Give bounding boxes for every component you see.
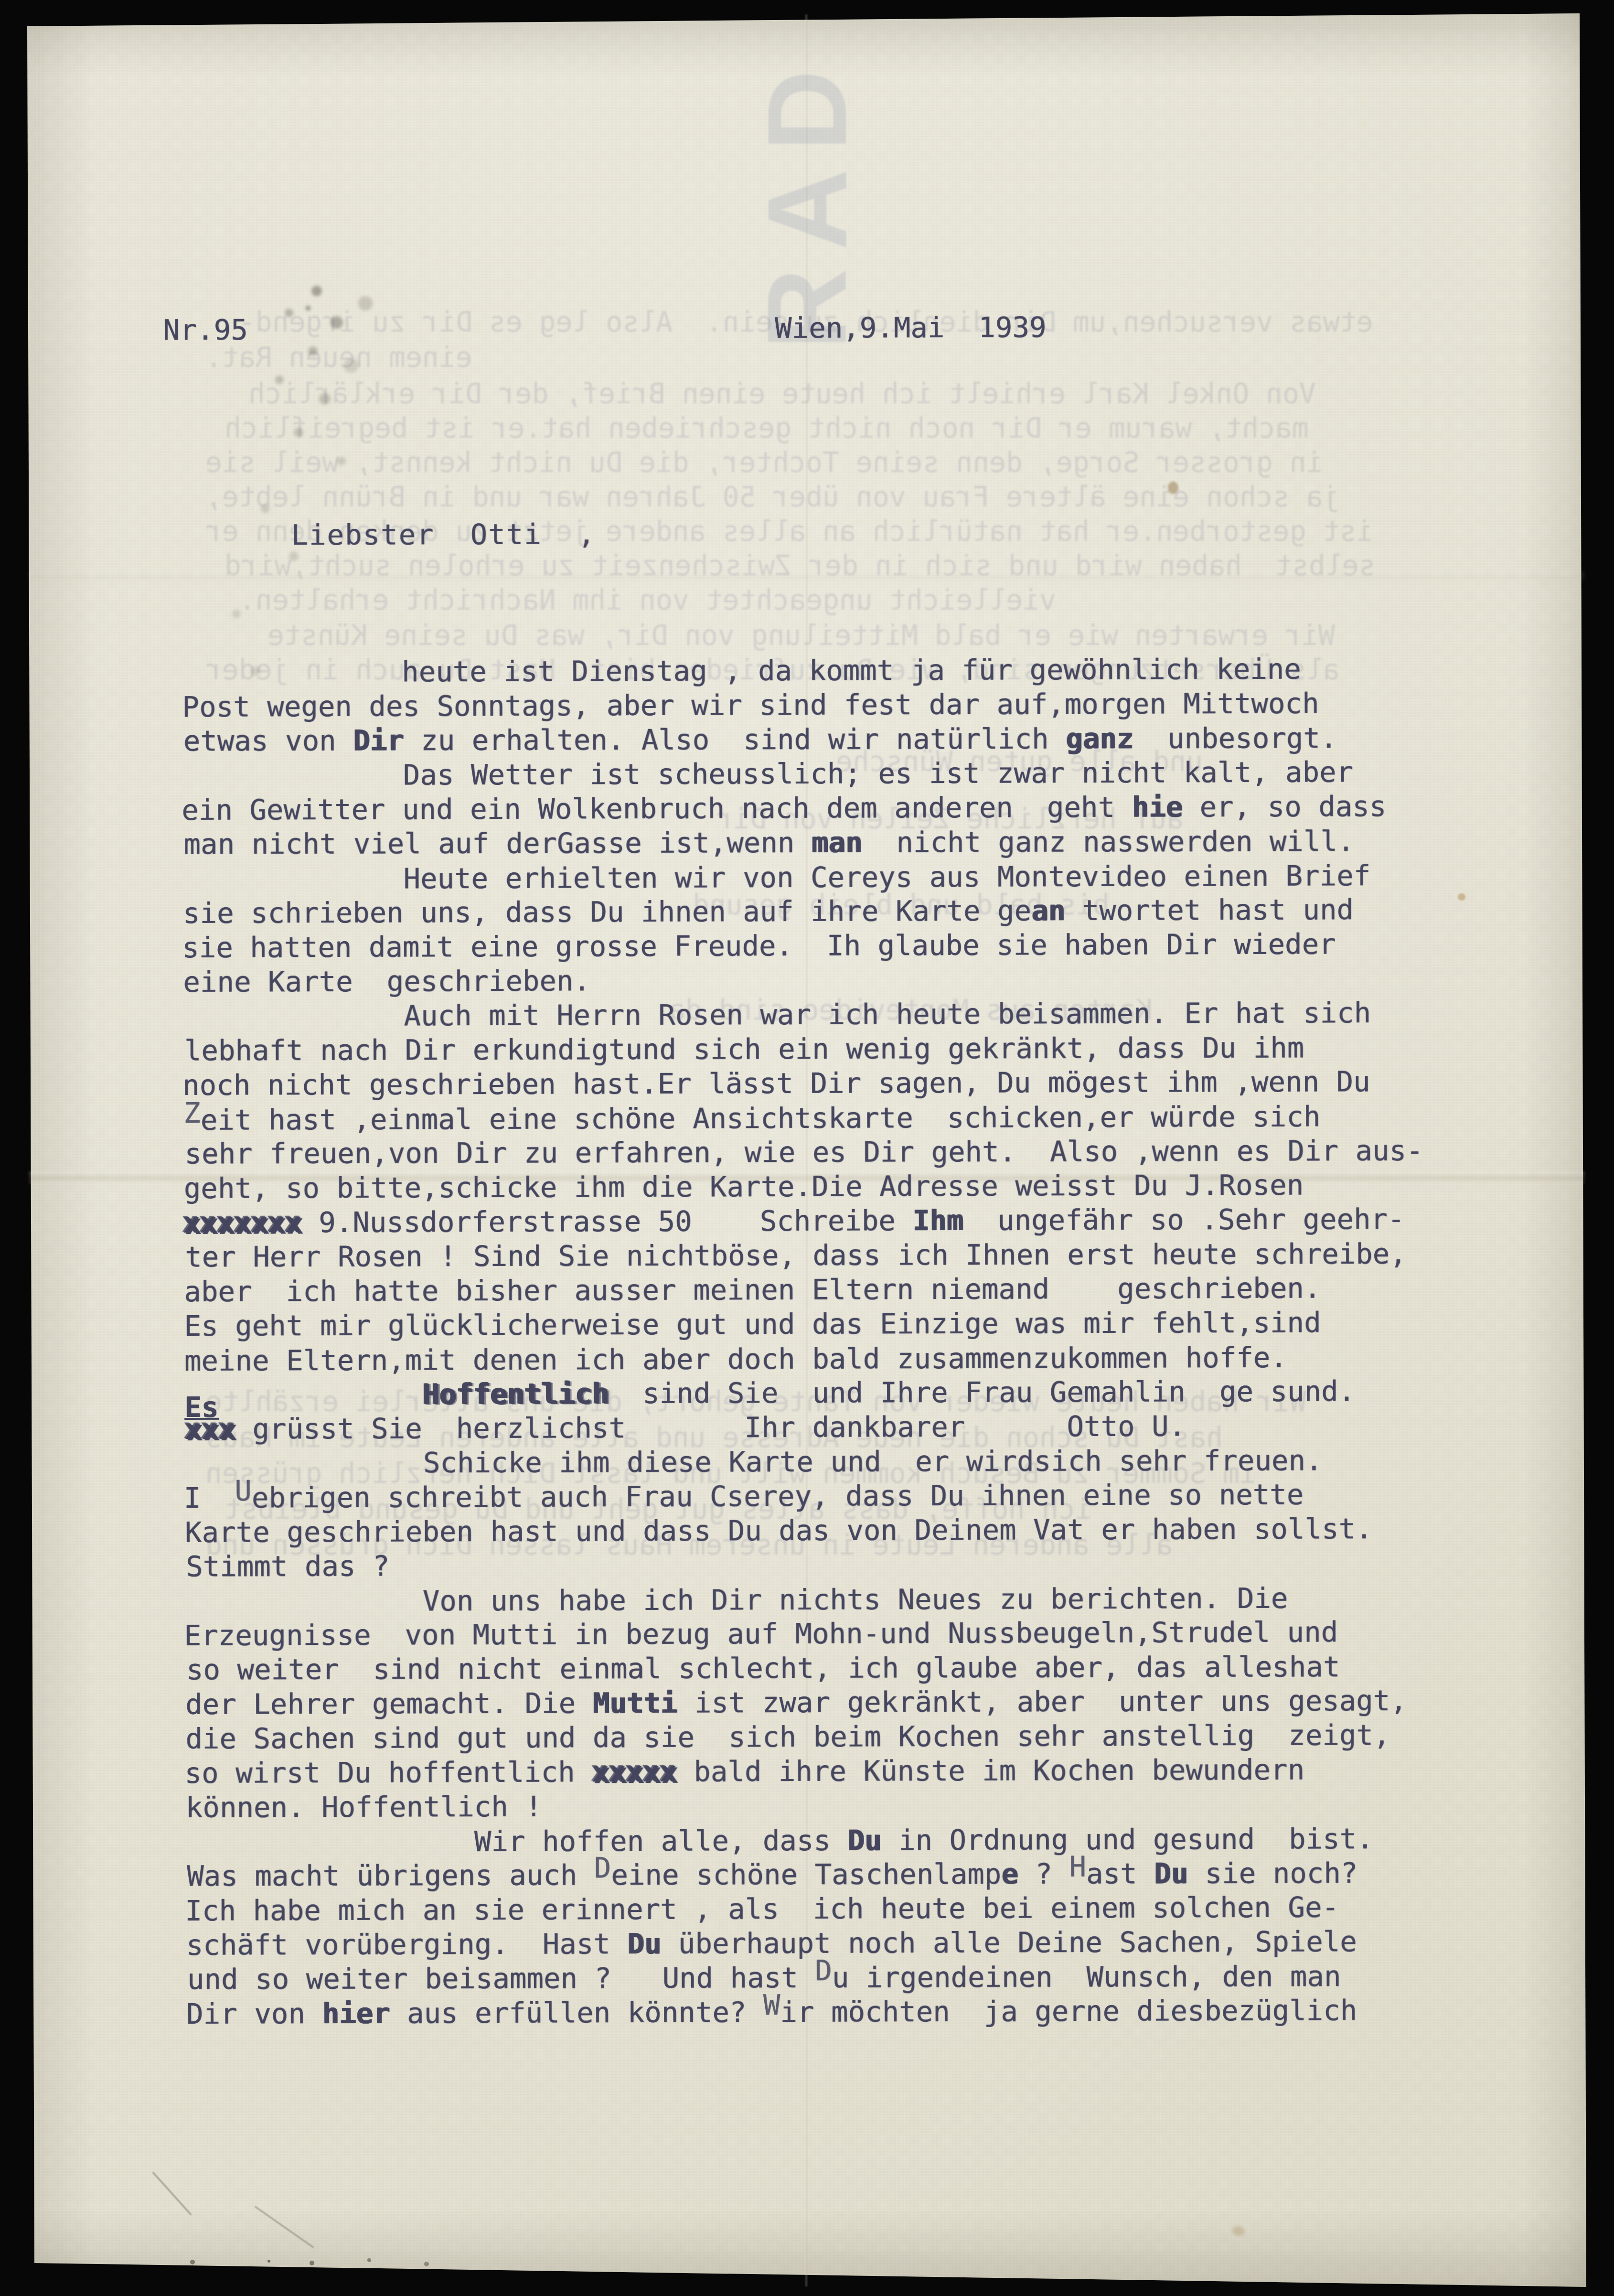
- typed-segment: aber ich hatte bisher ausser meinen Elte…: [184, 1272, 1321, 1308]
- typed-segment: sind Sie und Ihre Frau Gemahlin ge sund.: [609, 1374, 1355, 1410]
- typed-segment: eine schöne Taschenlamp: [611, 1857, 1001, 1891]
- typed-segment: heute ist Dienstag , da kommt ja für gew…: [181, 653, 1301, 689]
- typed-segment: Heute erhielten wir von Cereys aus Monte…: [183, 859, 1371, 896]
- typed-segment: können. Hoffentlich !: [186, 1790, 542, 1824]
- typed-segment-r: D: [594, 1851, 611, 1885]
- typed-segment: unbesorgt.: [1133, 721, 1337, 755]
- typed-segment: in Ordnung und gesund bist.: [881, 1822, 1373, 1856]
- typed-segment: Erzeugnisse von Mutti in bezug auf Mohn-…: [184, 1615, 1338, 1652]
- typed-segment-r: Z: [183, 1096, 201, 1130]
- typed-segment-b: an: [1031, 894, 1065, 927]
- typed-segment: ter Herr Rosen ! Sind Sie nichtböse, das…: [185, 1237, 1407, 1274]
- typed-segment: [184, 1377, 422, 1411]
- typed-segment-b: Mutti: [592, 1686, 677, 1720]
- typed-segment: twortet hast und: [1065, 893, 1354, 927]
- letter-line: Wir hoffen alle, dass Du in Ordnung und …: [186, 1822, 1424, 1860]
- typed-segment: schäft vorüberging. Hast: [186, 1927, 628, 1962]
- typed-segment: Von uns habe ich Dir nichts Neues zu ber…: [185, 1582, 1288, 1618]
- letter-line: die Sachen sind gut und da sie sich beim…: [185, 1718, 1424, 1756]
- letter-line: Stimmt das ?: [186, 1546, 1424, 1584]
- typed-segment: sie noch?: [1188, 1856, 1357, 1890]
- typed-segment-b: Du: [1154, 1857, 1188, 1890]
- typed-segment: Post wegen des Sonntags, aber wir sind f…: [182, 687, 1319, 723]
- typed-segment: nicht ganz nasswerden will.: [862, 825, 1354, 859]
- letter-line: I Uebrigen schreibt auch Frau Cserey, da…: [184, 1477, 1422, 1515]
- typed-segment: Es geht mir glücklicherweise gut und das…: [184, 1306, 1321, 1342]
- letter-line: so weiter sind nicht einmal schlecht, ic…: [186, 1650, 1425, 1687]
- letter-line: ter Herr Rosen ! Sind Sie nichtböse, das…: [185, 1237, 1423, 1275]
- typed-segment: Dir von: [186, 1997, 322, 2030]
- letter-line: können. Hoffentlich !: [186, 1787, 1424, 1825]
- typed-segment: geht, so bitte,schicke ihm die Karte.Die…: [184, 1169, 1304, 1205]
- typed-segment: so wirst Du hoffentlich: [184, 1755, 592, 1790]
- typed-segment: Wir hoffen alle, dass: [186, 1824, 848, 1859]
- typed-segment-x: xxxxx: [592, 1755, 677, 1790]
- typed-segment-b: Du: [627, 1927, 661, 1960]
- typed-segment: meine Eltern,mit denen ich aber doch bal…: [184, 1341, 1287, 1377]
- typed-segment: I: [184, 1481, 235, 1514]
- letter-line: heute ist Dienstag , da kommt ja für gew…: [181, 652, 1420, 690]
- typed-segment: die Sachen sind gut und da sie sich beim…: [185, 1718, 1390, 1755]
- scanned-letter-page: { "page": { "background_color": "#070707…: [0, 0, 1614, 2296]
- typed-segment-b: ganz: [1066, 722, 1133, 755]
- letter-line: sie hatten damit eine grosse Freude. Ih …: [182, 927, 1421, 965]
- letter-line: eine Karte geschrieben.: [183, 961, 1422, 999]
- typed-segment: Auch mit Herrn Rosen war ich heute beisa…: [183, 996, 1371, 1033]
- letter-line: lebhaft nach Dir erkundigtund sich ein w…: [184, 1030, 1423, 1068]
- typed-segment: und so weiter beisammen ? Und hast: [187, 1961, 815, 1996]
- letter-body: heute ist Dienstag , da kommt ja für gew…: [182, 652, 1425, 2031]
- typed-segment-x: xxxxxxx: [183, 1205, 302, 1240]
- letter-line: Das Wetter ist scheusslich; es ist zwar …: [182, 755, 1421, 793]
- typed-segment-dbl: Hoffentlich: [422, 1377, 609, 1410]
- letter-line: Erzeugnisse von Mutti in bezug auf Mohn-…: [184, 1615, 1422, 1653]
- typed-segment: sie schrieben uns, dass Du ihnen auf ihr…: [183, 894, 1031, 930]
- letter-line: so wirst Du hoffentlich xxxxx bald ihre …: [184, 1752, 1423, 1791]
- typed-segment: aus erfüllen könnte?: [390, 1996, 763, 2029]
- letter-line: Zeit hast ,einmal eine schöne Ansichtska…: [183, 1099, 1422, 1137]
- letter-line: sie schrieben uns, dass Du ihnen auf ihr…: [183, 892, 1422, 931]
- letter-line: sehr freuen,von Dir zu erfahren, wie es …: [184, 1134, 1423, 1171]
- typed-segment: ast: [1086, 1857, 1154, 1890]
- letter-line: man nicht viel auf derGasse ist,wenn man…: [183, 824, 1422, 862]
- typed-segment: zu erhalten. Also sind wir natürlich: [404, 722, 1066, 757]
- typed-segment-b: hier: [322, 1997, 390, 2030]
- typed-segment: ist zwar gekränkt, aber unter uns gesagt…: [677, 1684, 1407, 1719]
- typed-segment: grüsst Sie herzlichst Ihr dankbarer Otto…: [235, 1409, 1186, 1445]
- typed-segment-r: U: [235, 1474, 252, 1508]
- letter-line: Schicke ihm diese Karte und er wirdsich …: [185, 1443, 1424, 1481]
- typed-segment: ?: [1018, 1857, 1069, 1890]
- letter-line: Ich habe mich an sie erinnert , als ich …: [185, 1890, 1423, 1928]
- salutation: Liebster Otti ,: [291, 517, 596, 551]
- typed-segment: etwas von: [183, 724, 353, 757]
- letter-line: noch nicht geschrieben hast.Er lässt Dir…: [182, 1064, 1421, 1103]
- typed-segment: Ich habe mich an sie erinnert , als ich …: [185, 1890, 1339, 1927]
- letter-line: xxxxxxx 9.Nussdorferstrasse 50 Schreibe …: [183, 1202, 1422, 1240]
- letter-line: geht, so bitte,schicke ihm die Karte.Die…: [184, 1168, 1422, 1206]
- letter-line: Auch mit Herrn Rosen war ich heute beisa…: [183, 996, 1422, 1034]
- letter-line: und so weiter beisammen ? Und hast Du ir…: [187, 1959, 1426, 1997]
- typed-segment: Was macht übrigens auch: [187, 1858, 594, 1892]
- letter-line: Dir von hier aus erfüllen könnte? Wir mö…: [186, 1993, 1425, 2031]
- typed-segment: ein Gewitter und ein Wolkenbruch nach de…: [182, 791, 1132, 826]
- typed-segment: er, so dass: [1183, 790, 1386, 823]
- typed-segment: bald ihre Künste im Kochen bewundern: [677, 1753, 1304, 1788]
- typed-segment: 9.Nussdorferstrasse 50 Schreibe: [301, 1204, 912, 1239]
- typed-segment-r: D: [815, 1953, 832, 1988]
- letter-line: Es geht mir glücklicherweise gut und das…: [184, 1305, 1422, 1343]
- typed-segment: ebrigen schreibt auch Frau Cserey, dass …: [252, 1478, 1304, 1514]
- letter-line: Karte geschrieben hast und dass Du das v…: [185, 1512, 1423, 1550]
- typed-segment: eit hast ,einmal eine schöne Ansichtskar…: [201, 1100, 1321, 1137]
- typed-segment: Schicke ihm diese Karte und er wirdsich …: [185, 1444, 1322, 1480]
- typed-segment: Stimmt das ?: [186, 1549, 389, 1583]
- typed-segment-r: H: [1069, 1849, 1086, 1884]
- typed-segment-b: Ihm: [912, 1204, 963, 1237]
- typed-segment: lebhaft nach Dir erkundigtund sich ein w…: [184, 1031, 1304, 1067]
- letter-line: Von uns habe ich Dir nichts Neues zu ber…: [185, 1581, 1423, 1619]
- letter-line: Post wegen des Sonntags, aber wir sind f…: [182, 686, 1421, 724]
- letter-line: Heute erhielten wir von Cereys aus Monte…: [183, 858, 1422, 897]
- letter-number: Nr.95: [163, 313, 248, 347]
- letter-line: aber ich hatte bisher ausser meinen Elte…: [184, 1271, 1422, 1309]
- typed-segment: u irgendeinen Wunsch, den man: [832, 1960, 1341, 1994]
- typed-segment: so weiter sind nicht einmal schlecht, ic…: [186, 1650, 1340, 1686]
- letter-line: der Lehrer gemacht. Die Mutti ist zwar g…: [185, 1684, 1424, 1722]
- typed-segment-b: man: [812, 826, 863, 859]
- typed-segment-b: e: [1001, 1857, 1018, 1890]
- typed-segment: überhaupt noch alle Deine Sachen, Spiele: [661, 1925, 1357, 1960]
- typed-segment-b: hie: [1132, 790, 1183, 823]
- typewritten-ink-layer: Nr.95 Wien,9.Mai 1939 Liebster Otti , he…: [0, 0, 1614, 2296]
- letter-line: Hoffentlich sind Sie und Ihre Frau Gemah…: [184, 1374, 1423, 1412]
- letter-dateline: Wien,9.Mai 1939: [775, 311, 1047, 344]
- letter-line: schäft vorüberging. Hast Du überhaupt no…: [186, 1924, 1425, 1963]
- letter-line: xxx grüsst Sie herzlichst Ihr dankbarer …: [184, 1408, 1423, 1447]
- typed-segment: Das Wetter ist scheusslich; es ist zwar …: [182, 755, 1353, 792]
- typed-segment: noch nicht geschrieben hast.Er lässt Dir…: [182, 1065, 1370, 1102]
- typed-segment-b: Dir: [353, 724, 404, 757]
- letter-line: meine Eltern,mit denen ich aber doch bal…: [184, 1340, 1423, 1378]
- typed-segment: ungefähr so .Sehr geehr-: [963, 1202, 1405, 1237]
- typed-segment: man nicht viel auf derGasse ist,wenn: [183, 826, 811, 860]
- typed-segment: sie hatten damit eine grosse Freude. Ih …: [182, 927, 1336, 964]
- letter-line: Was macht übrigens auch Deine schöne Tas…: [187, 1856, 1425, 1894]
- typed-segment: eine Karte geschrieben.: [183, 964, 590, 998]
- typed-segment: Karte geschrieben hast und dass Du das v…: [185, 1512, 1373, 1549]
- typed-segment-b: Du: [847, 1824, 881, 1856]
- inserted-word: Es: [184, 1393, 218, 1422]
- typed-segment: ir möchten ja gerne diesbezüglich: [780, 1994, 1357, 2028]
- letter-line: ein Gewitter und ein Wolkenbruch nach de…: [182, 789, 1420, 827]
- letter-line: etwas von Dir zu erhalten. Also sind wir…: [183, 721, 1422, 759]
- typed-segment-r: W: [763, 1988, 780, 2022]
- typed-segment: der Lehrer gemacht. Die: [185, 1686, 593, 1721]
- typed-segment: sehr freuen,von Dir zu erfahren, wie es …: [184, 1134, 1423, 1170]
